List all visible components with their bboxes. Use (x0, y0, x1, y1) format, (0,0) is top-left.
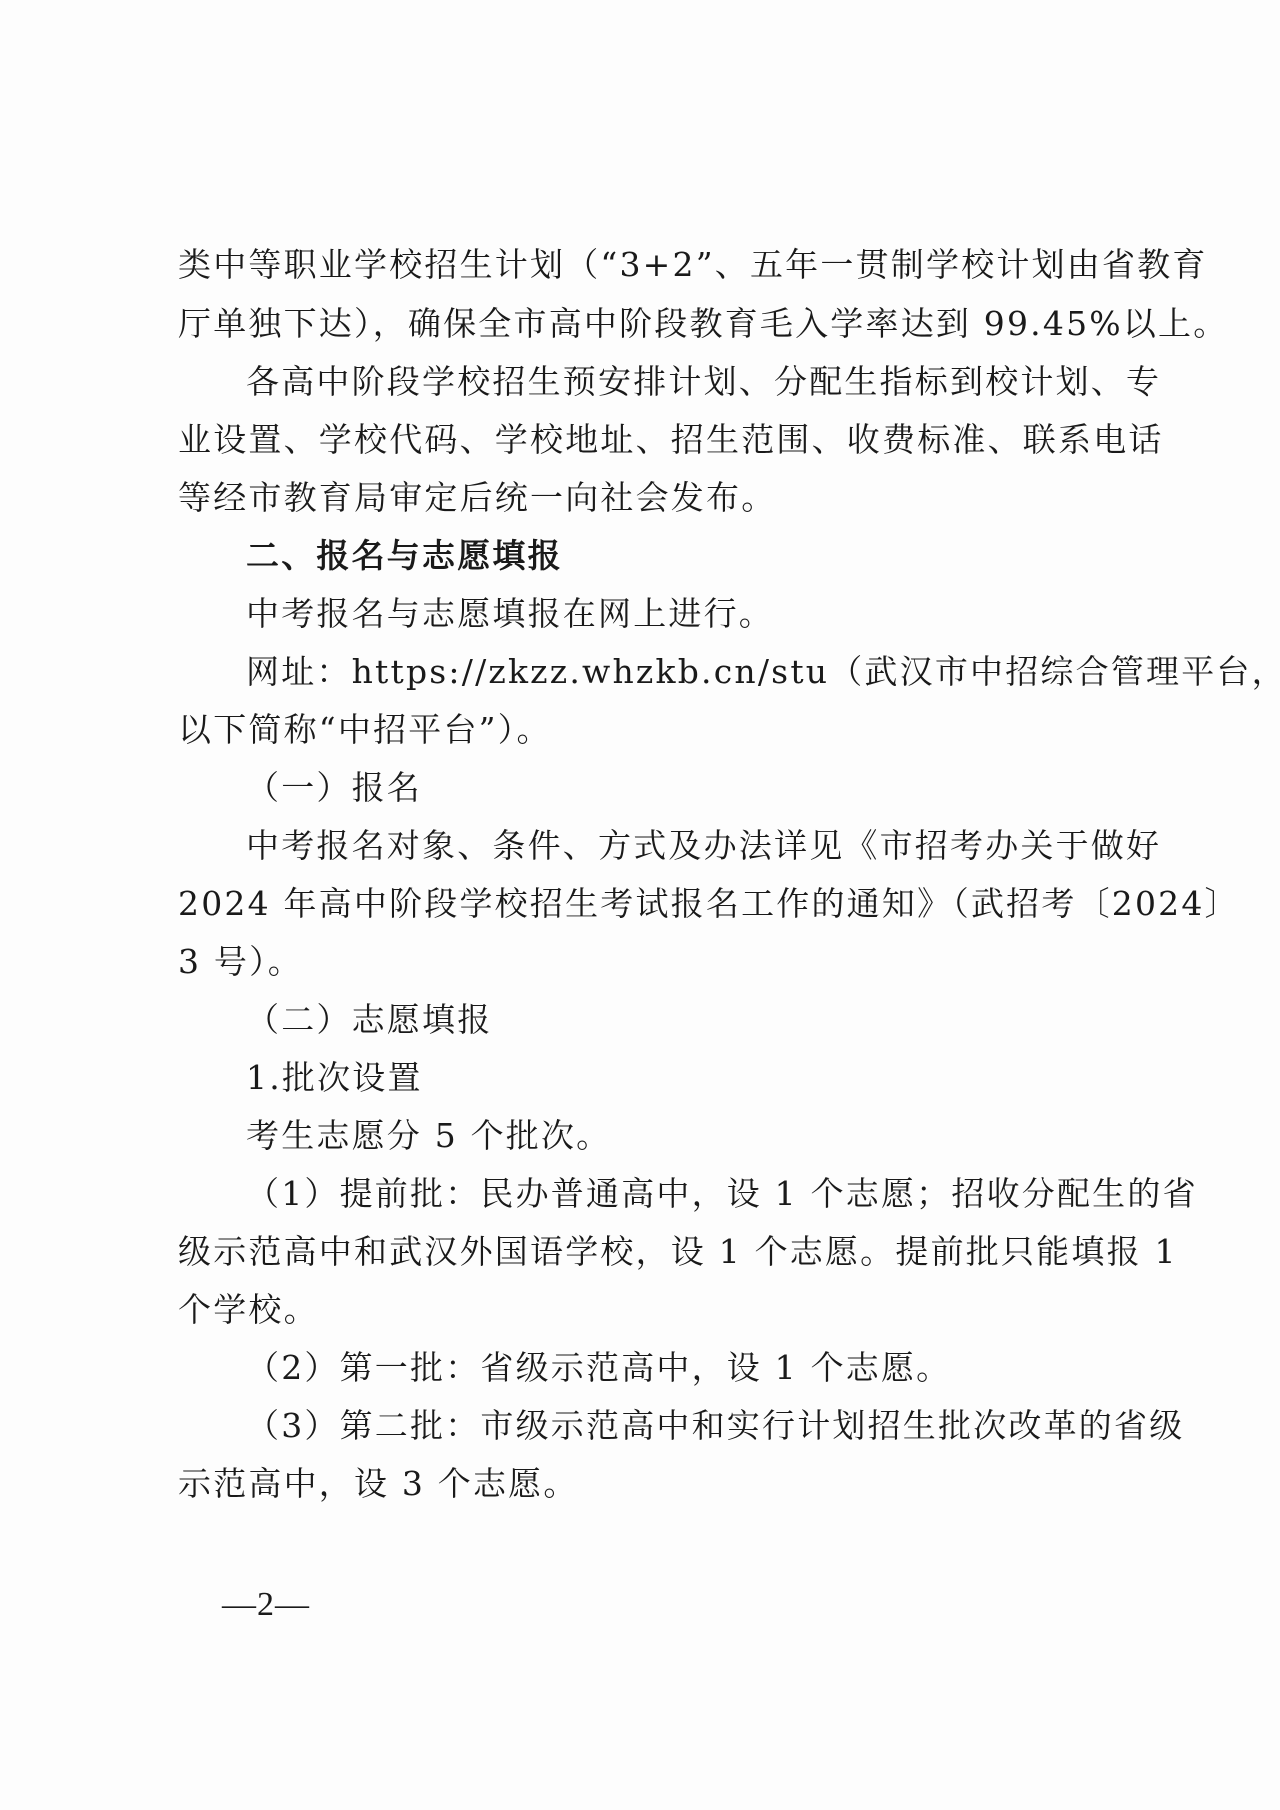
paragraph-line-4: 业设置、学校代码、学校地址、招生范围、收费标准、联系电话 (178, 420, 1164, 460)
batch-item-1-line-3: 个学校。 (178, 1290, 319, 1330)
paragraph-line-registration-2: 2024 年高中阶段学校招生考试报名工作的通知》（武招考〔2024〕 (178, 884, 1240, 924)
paragraph-line-registration-1: 中考报名对象、条件、方式及办法详见《市招考办关于做好 (246, 826, 1161, 866)
subsection-heading-registration: （一）报名 (246, 768, 422, 808)
paragraph-line-platform-abbrev: 以下简称“中招平台”）。 (178, 710, 552, 750)
website-url-line: 网址：https://zkzz.whzkb.cn/stu（武汉市中招综合管理平台… (246, 652, 1280, 692)
paragraph-line-1: 类中等职业学校招生计划（“3+2”、五年一贯制学校计划由省教育 (178, 245, 1208, 285)
page-number: —2— (222, 1585, 310, 1625)
section-heading-registration: 二、报名与志愿填报 (246, 536, 563, 576)
batch-item-3-line-2: 示范高中，设 3 个志愿。 (178, 1464, 579, 1504)
paragraph-line-registration-3: 3 号）。 (178, 942, 303, 982)
batch-item-3-line-1: （3）第二批：市级示范高中和实行计划招生批次改革的省级 (246, 1406, 1184, 1446)
paragraph-line-online: 中考报名与志愿填报在网上进行。 (246, 594, 774, 634)
paragraph-line-batches: 考生志愿分 5 个批次。 (246, 1116, 611, 1156)
document-page: 类中等职业学校招生计划（“3+2”、五年一贯制学校计划由省教育 厅单独下达），确… (0, 0, 1280, 1810)
item-heading-batch-setup: 1.批次设置 (246, 1058, 423, 1098)
paragraph-line-3: 各高中阶段学校招生预安排计划、分配生指标到校计划、专 (246, 362, 1161, 402)
subsection-heading-preferences: （二）志愿填报 (246, 1000, 492, 1040)
batch-item-1-line-1: （1）提前批：民办普通高中，设 1 个志愿；招收分配生的省 (246, 1174, 1198, 1214)
batch-item-2: （2）第一批：省级示范高中，设 1 个志愿。 (246, 1348, 951, 1388)
paragraph-line-5: 等经市教育局审定后统一向社会发布。 (178, 478, 776, 518)
batch-item-1-line-2: 级示范高中和武汉外国语学校，设 1 个志愿。提前批只能填报 1 (178, 1232, 1178, 1272)
paragraph-line-2: 厅单独下达），确保全市高中阶段教育毛入学率达到 99.45%以上。 (178, 304, 1228, 344)
